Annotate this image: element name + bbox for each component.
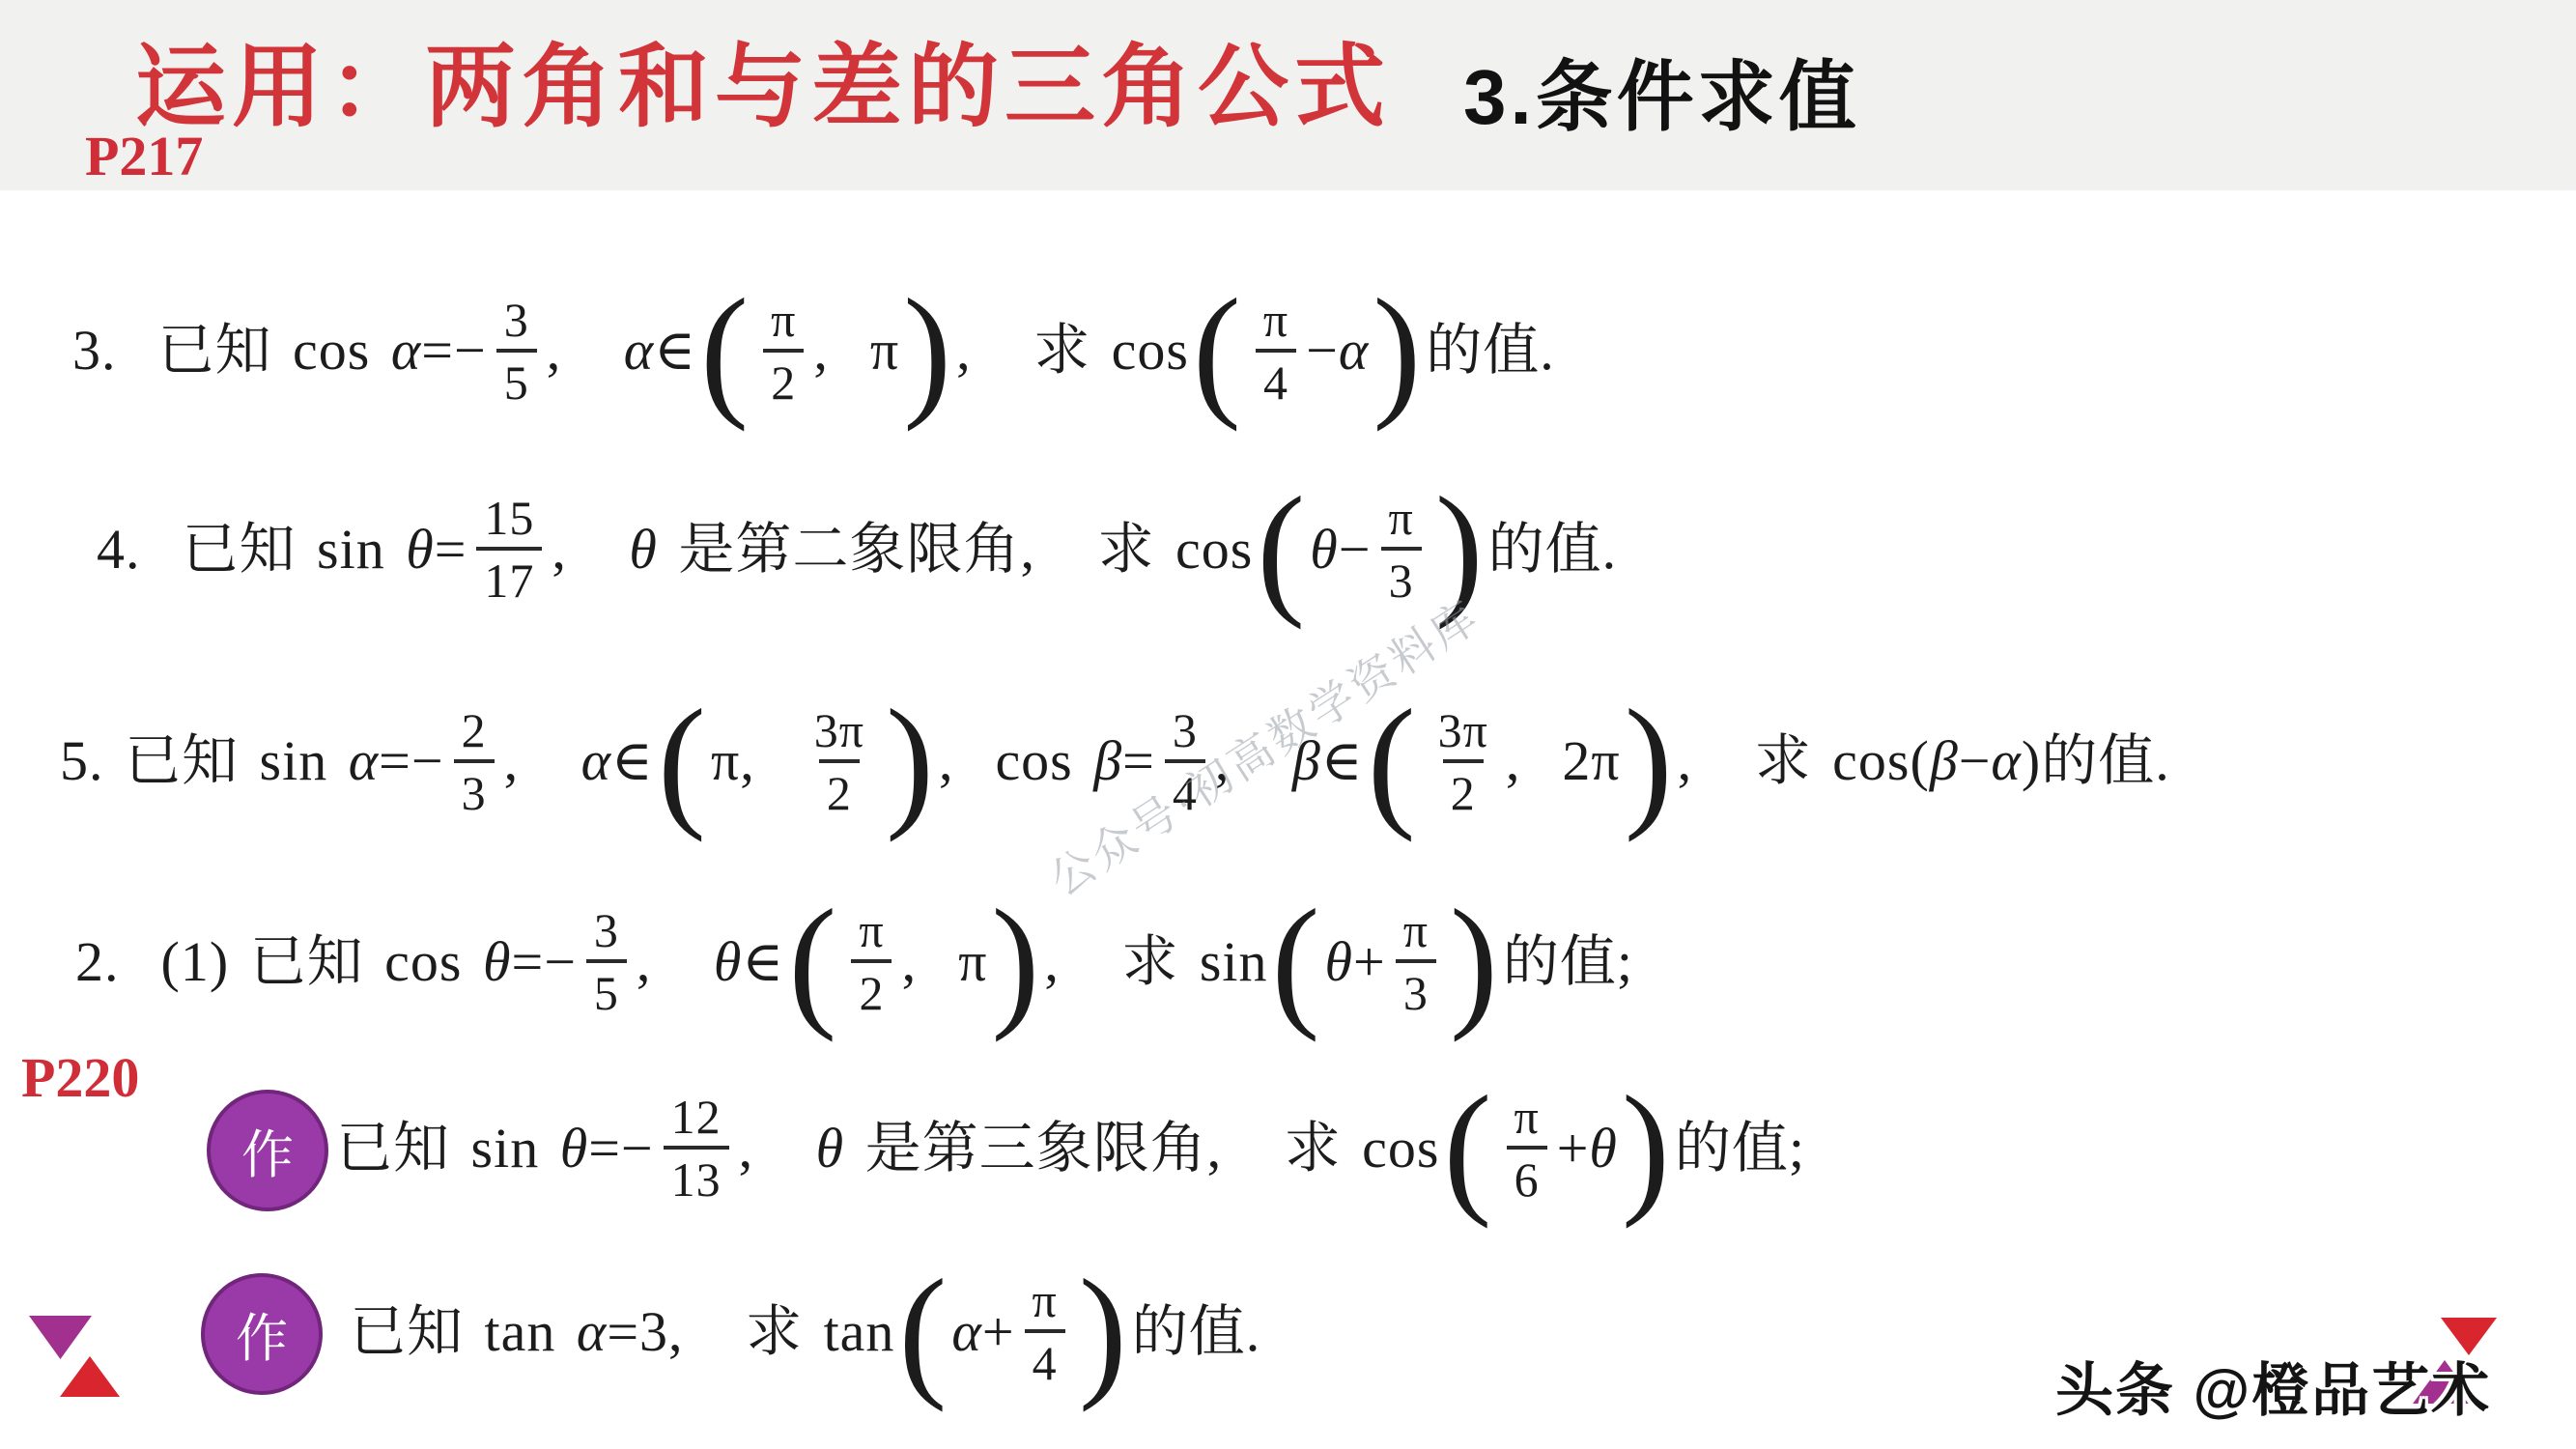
math-rm: ∈	[611, 733, 654, 789]
fraction-numerator: 3π	[1430, 704, 1496, 759]
fraction: 23	[454, 704, 495, 819]
math-rm: ,	[956, 323, 1033, 379]
big-paren: )	[1625, 700, 1674, 821]
math-rm: tan	[485, 1304, 577, 1360]
big-paren: (	[1368, 700, 1417, 821]
math-it: α	[1339, 323, 1369, 379]
math-it: α	[951, 1304, 981, 1360]
math-rm: , 2π	[1506, 733, 1621, 789]
math-rm: ,	[1678, 733, 1755, 789]
math-rm: ,	[547, 323, 624, 379]
fraction: 3π2	[1430, 704, 1496, 819]
math-rm: 3.	[72, 323, 158, 379]
math-rm: sin	[260, 733, 349, 789]
math-cjk: 已知	[336, 1121, 471, 1177]
fraction-denominator: 5	[586, 959, 627, 1019]
math-cjk: 是第三象限角	[844, 1121, 1207, 1177]
math-rm: cos	[384, 934, 483, 990]
math-rm: +	[982, 1304, 1015, 1360]
fraction-denominator: 6	[1507, 1146, 1547, 1206]
fraction: 35	[496, 294, 537, 409]
math-rm: cos	[1112, 323, 1189, 379]
fraction-denominator: 13	[664, 1146, 729, 1206]
fraction: 1517	[476, 492, 542, 607]
homework-1-formula: 已知 sin θ=−1213, θ 是第三象限角, 求 cos(π6+θ)的值;	[336, 1059, 1805, 1237]
triangle-up-icon	[60, 1356, 120, 1397]
math-rm: =	[435, 522, 467, 578]
math-rm: sin	[317, 522, 406, 578]
fraction: 3π2	[807, 704, 872, 819]
math-rm: −	[621, 1121, 654, 1177]
math-rm: =	[421, 323, 454, 379]
big-paren: (	[1444, 1088, 1493, 1208]
big-paren: )	[1450, 901, 1499, 1022]
fraction: π4	[1025, 1274, 1065, 1389]
math-it: θ	[714, 934, 743, 990]
fraction: 1213	[664, 1091, 729, 1206]
math-cjk: 求	[1285, 1121, 1363, 1177]
math-rm: ,	[552, 522, 629, 578]
math-rm: 2. (1)	[75, 934, 250, 990]
homework-badge: 作	[207, 1090, 328, 1211]
math-rm: cos	[293, 323, 391, 379]
math-rm: =	[379, 733, 411, 789]
fraction: π3	[1396, 904, 1436, 1019]
math-rm: ,	[637, 934, 714, 990]
math-rm: π,	[711, 733, 797, 789]
math-cjk: 的值	[1675, 1121, 1789, 1177]
problem-3-formula: 3. 已知 cos α=−35, α∈(π2, π), 求 cos(π4−α)的…	[72, 259, 1555, 442]
math-rm: ,	[739, 1121, 816, 1177]
math-cjk: 的值	[1503, 934, 1617, 990]
math-rm: .	[1602, 522, 1618, 578]
math-rm: ∈	[742, 934, 784, 990]
math-rm: −	[1959, 733, 1992, 789]
math-rm: =	[588, 1121, 621, 1177]
math-cjk: 已知	[350, 1304, 485, 1360]
homework-badge: 作	[201, 1273, 323, 1395]
math-it: α	[391, 323, 421, 379]
math-rm: cos(	[1832, 733, 1930, 789]
math-cjk: 求	[1097, 522, 1175, 578]
math-it: θ	[560, 1121, 589, 1177]
math-rm: ,	[1020, 522, 1097, 578]
math-rm: 4.	[97, 522, 183, 578]
math-rm: ;	[1789, 1121, 1805, 1177]
fraction-numerator: π	[1506, 1091, 1546, 1146]
big-paren: )	[886, 700, 935, 821]
problem-4-formula: 4. 已知 sin θ=1517, θ 是第二象限角, 求 cos(θ−π3)的…	[97, 450, 1617, 648]
math-rm: −	[1306, 323, 1339, 379]
fraction: 35	[586, 904, 627, 1019]
math-rm: ,	[939, 733, 996, 789]
fraction-denominator: 4	[1256, 349, 1296, 409]
math-cjk: 的值	[1132, 1304, 1246, 1360]
math-it: β	[1093, 733, 1122, 789]
fraction-denominator: 2	[851, 959, 892, 1019]
big-paren: (	[658, 700, 707, 821]
math-rm: =	[511, 934, 544, 990]
math-rm: .	[1540, 323, 1555, 379]
credit-text: 头条 @橙品艺术	[2055, 1345, 2491, 1428]
fraction: π4	[1256, 294, 1296, 409]
math-it: θ	[483, 934, 512, 990]
math-it: α	[1991, 733, 2021, 789]
big-paren: (	[1193, 290, 1242, 411]
fraction-numerator: π	[763, 294, 804, 349]
math-rm: ,	[1207, 1121, 1285, 1177]
fraction-numerator: π	[1256, 294, 1296, 349]
math-cjk: 的值	[1488, 522, 1602, 578]
fraction-numerator: 2	[454, 704, 495, 759]
big-paren: (	[898, 1271, 948, 1392]
math-rm: −	[544, 934, 577, 990]
math-it: θ	[629, 522, 658, 578]
fraction-denominator: 3	[1381, 547, 1422, 607]
big-paren: )	[903, 290, 952, 411]
fraction-denominator: 3	[454, 759, 495, 819]
math-rm: ∈	[654, 323, 696, 379]
fraction-denominator: 2	[819, 759, 860, 819]
math-it: θ	[1324, 934, 1353, 990]
big-paren: )	[1373, 290, 1422, 411]
fraction-denominator: 2	[1443, 759, 1484, 819]
fraction-numerator: π	[851, 904, 892, 959]
fraction-denominator: 4	[1025, 1329, 1065, 1389]
fraction-numerator: 12	[664, 1091, 729, 1146]
fraction: π2	[851, 904, 892, 1019]
math-rm: +	[1353, 934, 1386, 990]
fraction-numerator: 3	[496, 294, 537, 349]
big-paren: )	[1079, 1271, 1128, 1392]
math-cjk: 求	[1755, 733, 1833, 789]
math-rm: −	[1339, 522, 1372, 578]
math-rm: 5.	[60, 733, 125, 789]
math-rm: , π	[813, 323, 899, 379]
math-rm: sin	[471, 1121, 560, 1177]
math-rm: cos	[1362, 1121, 1439, 1177]
slide: 运用：两角和与差的三角公式 3.条件求值 P217 P220 3. 已知 cos…	[0, 0, 2576, 1449]
fraction-numerator: π	[1396, 904, 1436, 959]
math-cjk: 求	[746, 1304, 824, 1360]
math-rm: sin	[1200, 934, 1268, 990]
math-cjk: 是第二象限角	[658, 522, 1021, 578]
fraction-denominator: 17	[476, 547, 542, 607]
problem-2-1-formula: 2. (1) 已知 cos θ=−35, θ∈(π2, π), 求 sin(θ+…	[75, 867, 1633, 1056]
big-paren: (	[1257, 489, 1306, 610]
math-it: θ	[1589, 1121, 1618, 1177]
fraction-numerator: π	[1025, 1274, 1065, 1329]
math-rm: )	[2022, 733, 2041, 789]
math-rm: +	[1557, 1121, 1590, 1177]
math-it: θ	[406, 522, 435, 578]
math-cjk: 已知	[250, 934, 385, 990]
math-rm: ,	[504, 733, 581, 789]
math-it: α	[349, 733, 379, 789]
homework-2-formula: 已知 tan α=3, 求 tan(α+π4)的值.	[350, 1242, 1260, 1421]
math-rm: , π	[902, 934, 988, 990]
page-ref-p217: P217	[85, 124, 203, 188]
math-rm: −	[411, 733, 444, 789]
math-rm: −	[454, 323, 487, 379]
math-it: α	[624, 323, 654, 379]
math-rm: ;	[1617, 934, 1633, 990]
math-cjk: 的值	[2041, 733, 2155, 789]
math-rm: ,	[1044, 934, 1121, 990]
fraction-denominator: 5	[496, 349, 537, 409]
triangle-down-icon	[29, 1316, 92, 1359]
math-cjk: 已知	[183, 522, 318, 578]
fraction-numerator: 3	[586, 904, 627, 959]
math-it: θ	[1310, 522, 1339, 578]
math-rm: cos	[1175, 522, 1253, 578]
big-paren: (	[700, 290, 750, 411]
math-cjk: 已知	[158, 323, 294, 379]
page-title: 运用：两角和与差的三角公式	[135, 14, 1391, 144]
fraction-denominator: 3	[1396, 959, 1436, 1019]
math-rm: .	[1246, 1304, 1261, 1360]
fraction: π2	[763, 294, 804, 409]
math-it: α	[577, 1304, 607, 1360]
math-rm: tan	[824, 1304, 895, 1360]
fraction: π3	[1380, 492, 1421, 607]
math-it: β	[1930, 733, 1959, 789]
fraction-numerator: 15	[476, 492, 542, 547]
math-rm: =3,	[607, 1304, 746, 1360]
fraction-denominator: 2	[763, 349, 804, 409]
fraction-numerator: 3π	[807, 704, 872, 759]
big-paren: )	[991, 901, 1040, 1022]
math-cjk: 求	[1033, 323, 1112, 379]
math-cjk: 求	[1121, 934, 1200, 990]
math-cjk: 的值	[1426, 323, 1540, 379]
math-it: θ	[816, 1121, 845, 1177]
big-paren: (	[1272, 901, 1321, 1022]
fraction: π6	[1506, 1091, 1546, 1206]
math-cjk: 已知	[125, 733, 260, 789]
page-subtitle: 3.条件求值	[1463, 35, 1860, 146]
big-paren: )	[1622, 1088, 1671, 1208]
fraction-numerator: π	[1380, 492, 1421, 547]
math-it: α	[581, 733, 611, 789]
big-paren: (	[788, 901, 837, 1022]
math-rm: .	[2155, 733, 2170, 789]
math-rm: cos	[995, 733, 1093, 789]
